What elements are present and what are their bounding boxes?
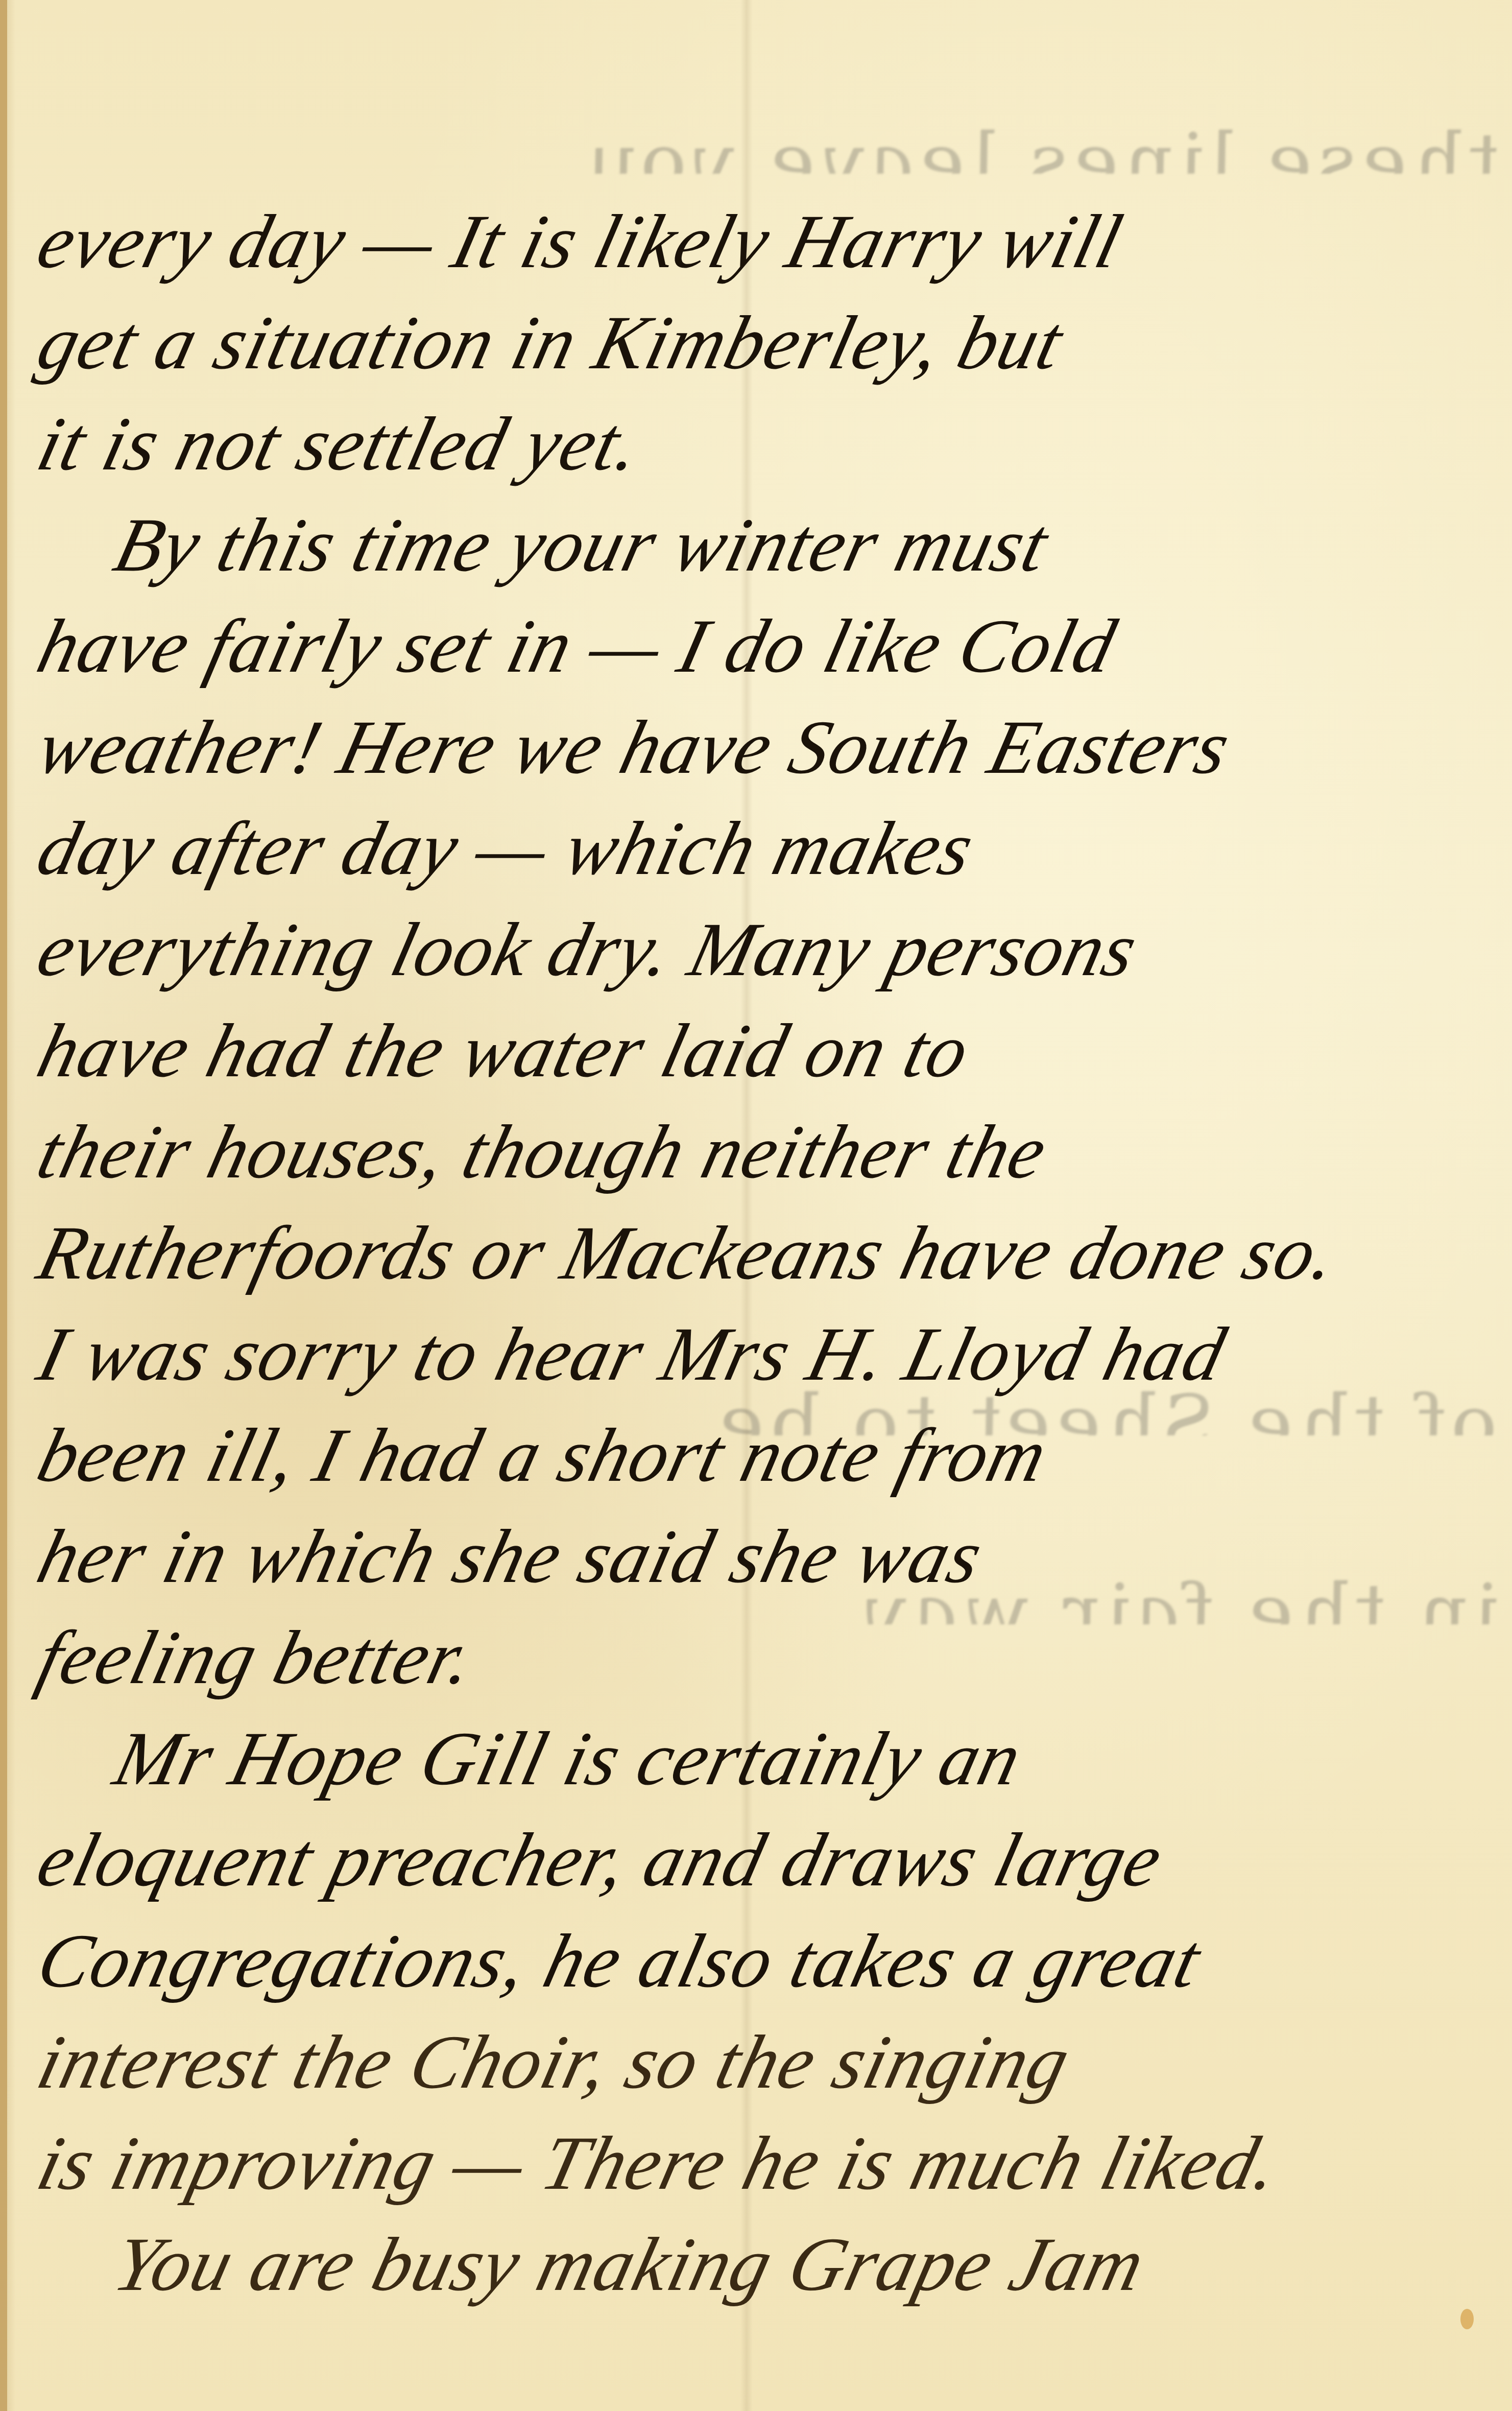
letter-line: get a situation in Kimberley, but	[31, 280, 1512, 381]
letter-line: been ill, I had a short note from	[31, 1392, 1512, 1494]
letter-line: Congregations, he also takes a great	[31, 1898, 1512, 1999]
letter-line: weather! Here we have South Easters	[31, 684, 1512, 786]
letter-line: everything look dry. Many persons	[31, 887, 1512, 988]
letter-line: Mr Hope Gill is certainly an	[31, 1696, 1512, 1797]
letter-line: feeling better.	[31, 1595, 1512, 1696]
letter-line: interest the Choir, so the singing	[31, 1999, 1512, 2100]
letter-line: have fairly set in — I do like Cold	[31, 583, 1512, 684]
letter-line: eloquent preacher, and draws large	[31, 1797, 1512, 1898]
letter-line: day after day — which makes	[31, 786, 1512, 887]
letter-line: By this time your winter must	[31, 482, 1512, 583]
letter-line: I was sorry to hear Mrs H. Lloyd had	[31, 1291, 1512, 1392]
letter-line: have had the water laid on to	[31, 988, 1512, 1089]
letter-body: every day — It is likely Harry will get …	[31, 179, 1491, 2303]
letter-line: their houses, though neither the	[31, 1089, 1512, 1190]
paper-edge	[0, 0, 7, 2411]
letter-line: is improving — There he is much liked.	[31, 2100, 1512, 2202]
letter-line: her in which she said she was	[31, 1494, 1512, 1595]
ink-stain	[1460, 2309, 1474, 2329]
letter-line: it is not settled yet.	[31, 381, 1512, 482]
letter-line: every day — It is likely Harry will	[31, 179, 1512, 280]
letter-line: Rutherfoords or Mackeans have done so.	[31, 1190, 1512, 1291]
letter-line: You are busy making Grape Jam	[31, 2202, 1512, 2303]
